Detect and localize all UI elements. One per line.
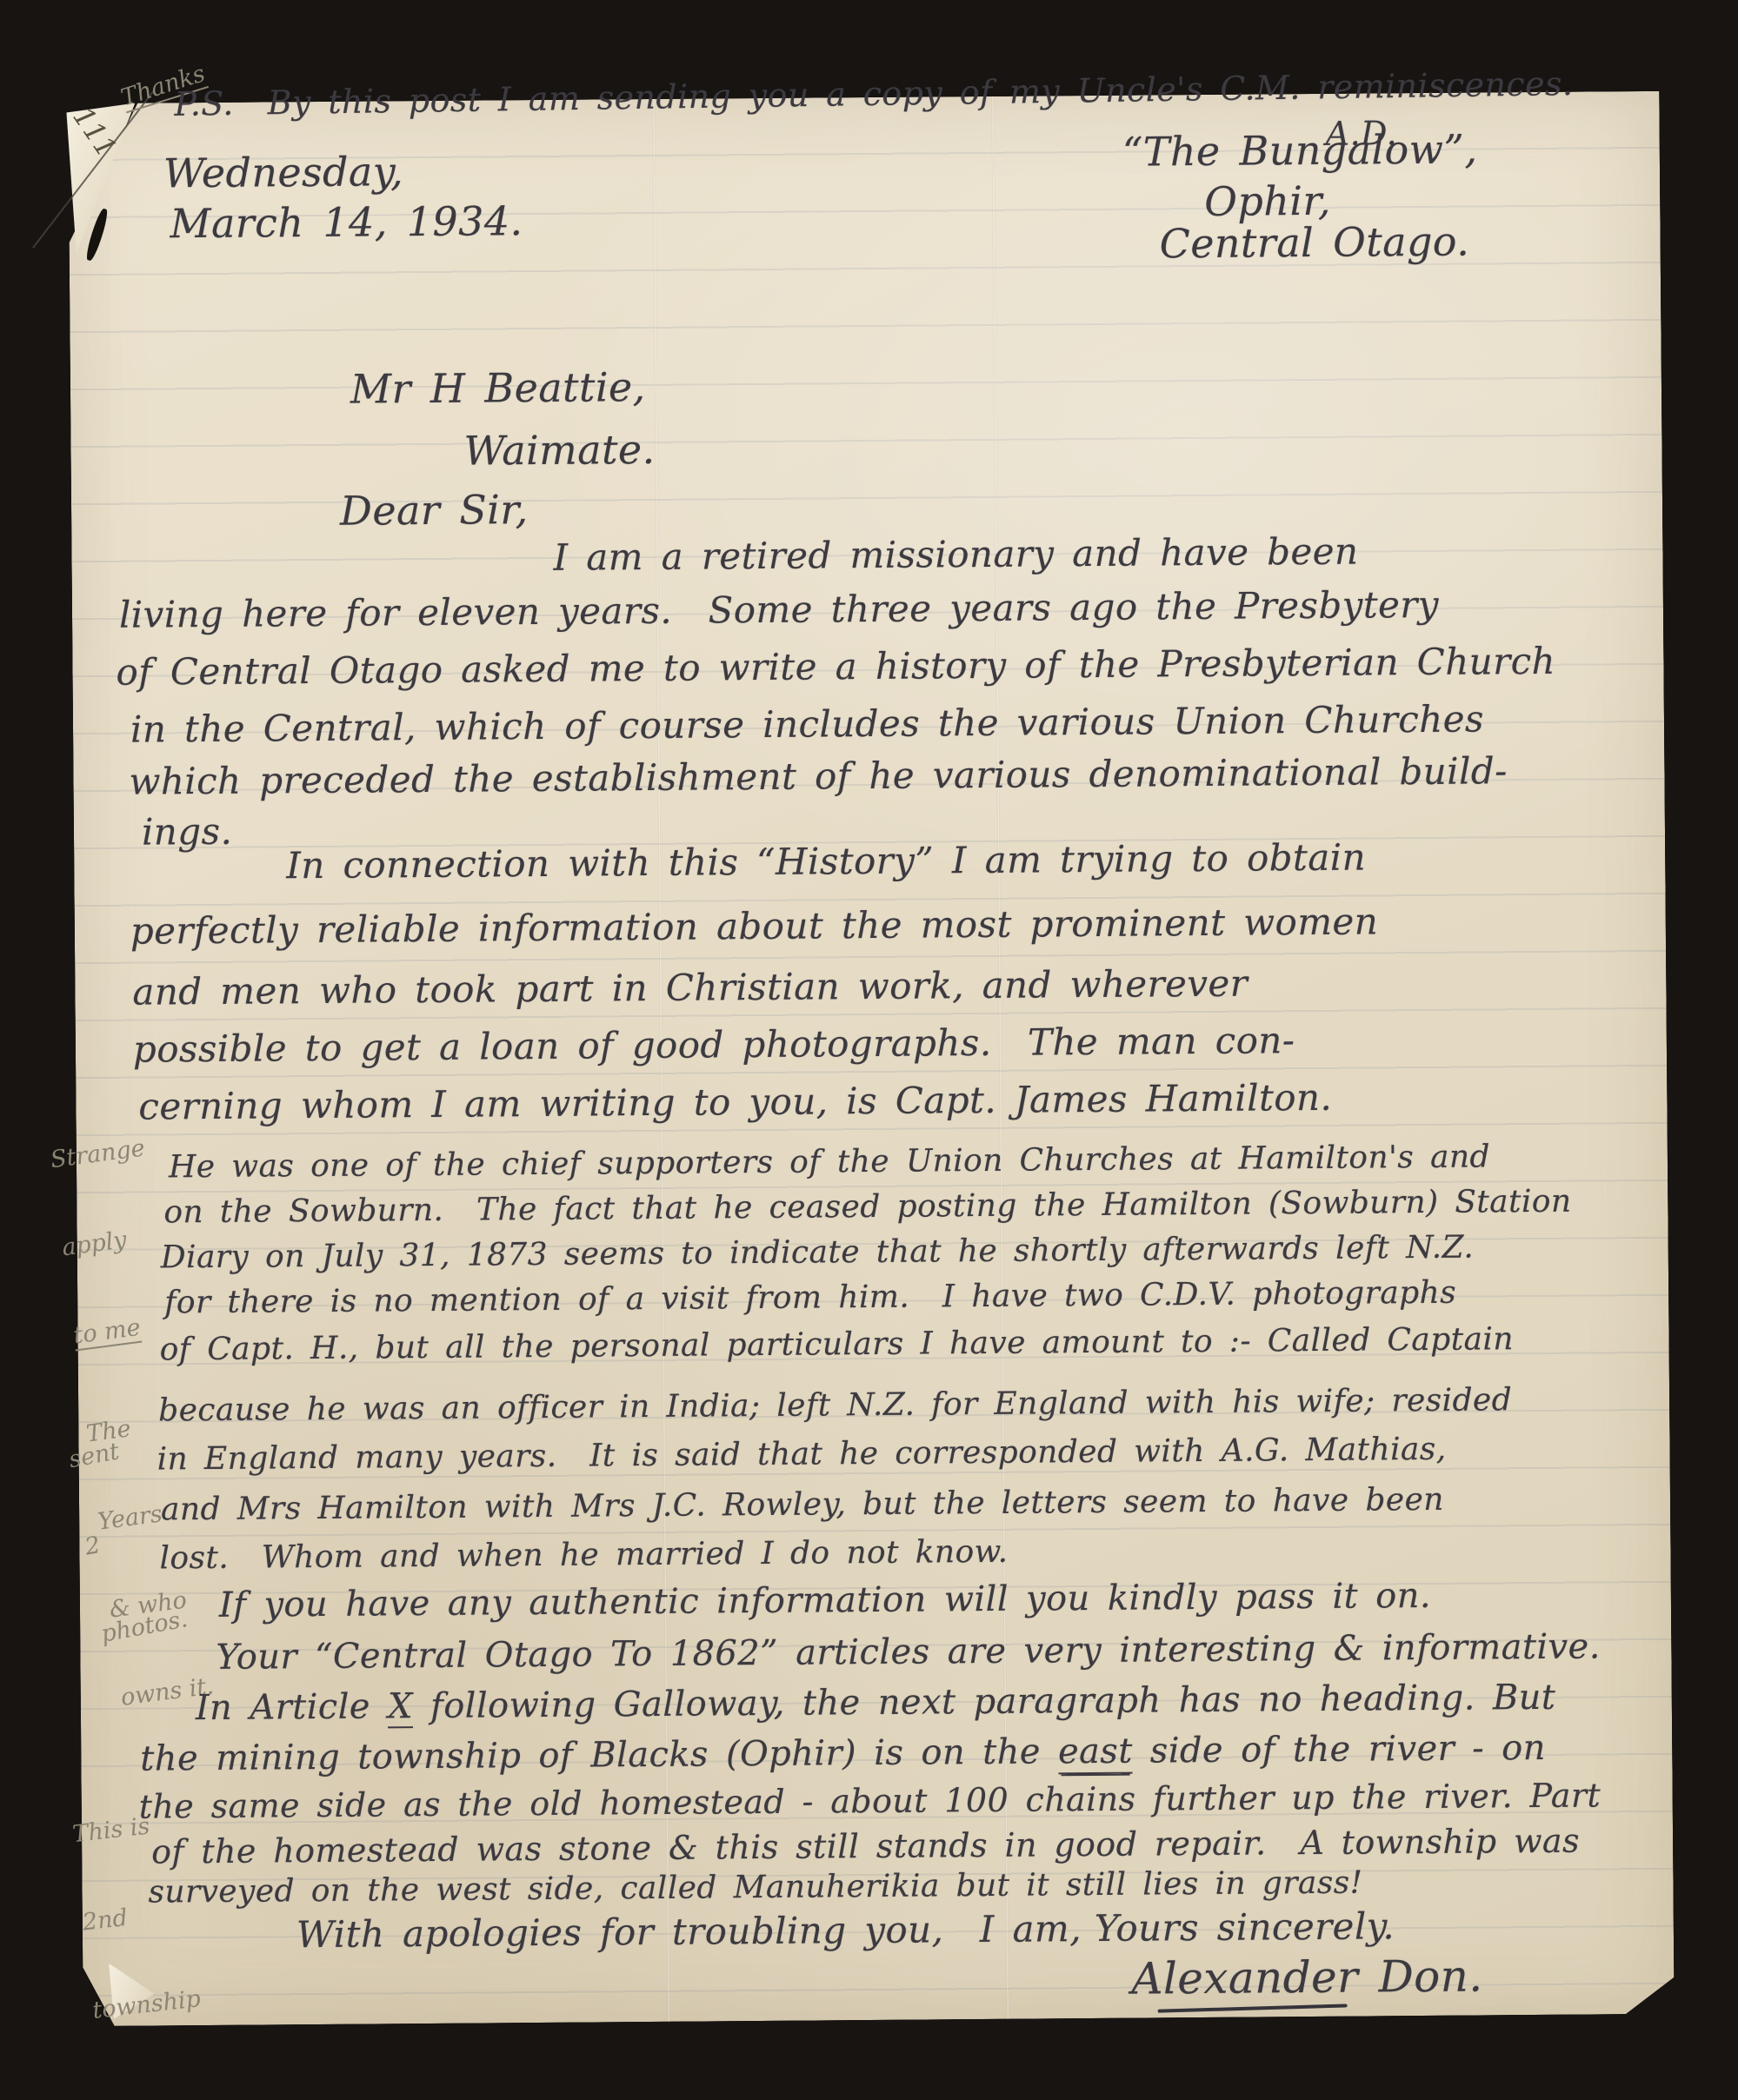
body-p2-l4: possible to get a loan of good photograp…	[133, 1019, 1295, 1070]
recipient-name: Mr H Beattie,	[350, 363, 646, 413]
recipient-place: Waimate.	[463, 426, 655, 475]
body-p2-l1: In connection with this “History” I am t…	[286, 836, 1366, 887]
body-p5-l2-east: east	[1058, 1731, 1133, 1775]
closing-line: With apologies for troubling you, I am,	[296, 1907, 1082, 1956]
body-p3-l9: lost. Whom and when he married I do not …	[159, 1534, 1008, 1577]
date-full: March 14, 1934.	[170, 197, 523, 247]
date-day: Wednesday,	[163, 148, 403, 196]
body-p1-l1: I am a retired missionary and have been	[553, 530, 1358, 579]
sender-address-line-1: “The Bungalow”,	[1122, 125, 1478, 175]
signature: Alexander Don.	[1131, 1950, 1483, 2004]
pencil-note-line: township	[91, 1984, 203, 2026]
pencil-note-line-underlined: to me	[72, 1314, 143, 1352]
body-p5-l1-pre: In Article	[196, 1686, 388, 1728]
body-p2-l3: and men who took part in Christian work,…	[132, 962, 1248, 1013]
pencil-note-line: to me	[72, 1310, 170, 1352]
pencil-note-line: Strange	[49, 1133, 147, 1175]
pencil-note-line: photos.	[99, 1605, 190, 1650]
body-p1-l6: ings.	[142, 810, 233, 854]
body-p5-l2-pre: the mining township of Blacks (Ophir) is…	[140, 1731, 1058, 1778]
closing-valediction: Yours sincerely.	[1095, 1904, 1395, 1950]
pencil-note-line: sent	[67, 1431, 158, 1476]
body-p5-l2-post: side of the river - on	[1133, 1728, 1547, 1771]
letter-tilt-wrapper: Thanks 111 Strange apply to me The Years…	[0, 0, 1738, 2100]
body-p5-l1-article-x: X	[388, 1686, 413, 1728]
photo-backdrop: Thanks 111 Strange apply to me The Years…	[0, 0, 1738, 2100]
pencil-note-line: apply	[60, 1222, 158, 1264]
sender-address-line-3: Central Otago.	[1159, 218, 1469, 268]
salutation: Dear Sir,	[340, 486, 529, 535]
sender-address-line-2: Ophir,	[1204, 177, 1331, 225]
